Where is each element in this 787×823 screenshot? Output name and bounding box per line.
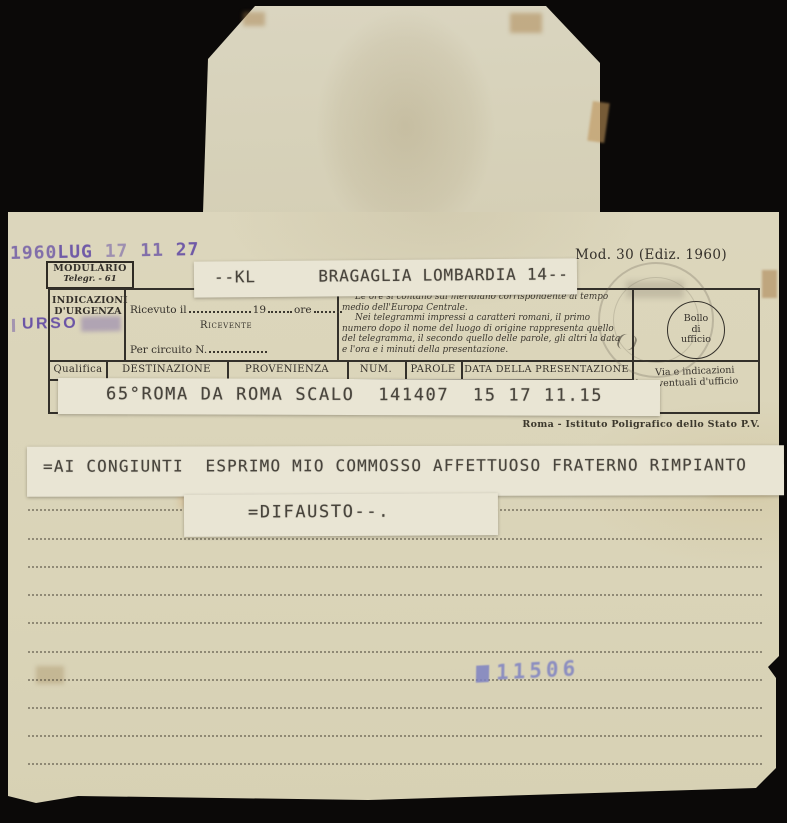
time-notice: Le ore si contano sul meridiano corrispo… — [342, 292, 626, 356]
urso-text: URSO — [22, 315, 79, 334]
received-row: Ricevuto il19ore — [130, 302, 344, 316]
office-seal-circle: Bollo di ufficio — [667, 301, 725, 359]
stamp-minute: 27 — [176, 239, 200, 260]
writing-line — [28, 707, 762, 709]
writing-line — [28, 594, 762, 596]
dotted-leader — [209, 342, 267, 353]
col-header-destinazione: DESTINAZIONE — [106, 362, 227, 379]
printer-imprint: Roma - Istituto Poligrafico dello Stato … — [430, 419, 760, 430]
writing-line — [28, 763, 762, 765]
routing-strip: --KL BRAGAGLIA LOMBARDIA 14-- — [194, 258, 577, 297]
bollo-line3: ufficio — [668, 335, 724, 346]
stamp-month: LUG — [57, 241, 93, 263]
stamp-hour: 11 — [140, 240, 164, 261]
received-label: Ricevuto il — [130, 304, 187, 316]
number-stamp-text: 11506 — [496, 656, 580, 684]
stamp-block-mark — [476, 665, 489, 683]
dotted-leader — [189, 302, 251, 313]
dotted-leader — [314, 302, 342, 313]
writing-line — [28, 679, 762, 681]
stamp-smudge — [81, 316, 121, 332]
circuit-row: Per circuito N. — [130, 342, 269, 356]
modulario-label: MODULÁRIO — [48, 264, 132, 274]
col-header-num: NUM. — [347, 362, 405, 379]
date-received-stamp: 1960LUG 17 11 27 — [10, 239, 200, 264]
hour-label: ore — [294, 304, 312, 316]
envelope-flap — [203, 6, 600, 213]
writing-line — [28, 735, 762, 737]
telegram-scan: 1960LUG 17 11 27 MODULÁRIO Telegr. - 61 … — [0, 0, 787, 823]
dotted-leader — [268, 302, 292, 313]
year-prefix: 19 — [253, 304, 266, 316]
form-model-label: Mod. 30 (Ediz. 1960) — [575, 247, 780, 263]
receiver-label: Ricevente — [200, 320, 252, 331]
writing-line — [28, 566, 762, 568]
modulario-number: Telegr. - 61 — [48, 274, 132, 284]
notice-paragraph-2: Nei telegrammi impressi a caratteri roma… — [342, 313, 626, 355]
via-line2: eventuali d'ufficio — [652, 375, 738, 389]
divider — [337, 290, 339, 360]
writing-line — [28, 622, 762, 624]
urso-stamp: URSO — [12, 314, 122, 334]
signature-strip: =DIFAUSTO--. — [184, 493, 498, 537]
urgency-line1: INDICAZIONI — [52, 295, 128, 306]
stamp-mark — [12, 318, 15, 331]
service-row-strip: 65°ROMA DA ROMA SCALO 141407 15 17 11.15 — [58, 378, 660, 416]
stamp-day: 17 — [104, 241, 128, 262]
writing-line — [28, 651, 762, 653]
col-header-data-presentazione: DATA DELLA PRESENTAZIONE — [461, 362, 632, 379]
circuit-label: Per circuito N. — [130, 344, 207, 356]
writing-line — [28, 538, 762, 540]
stamp-year: 1960 — [10, 242, 58, 264]
message-strip: =AI CONGIUNTI ESPRIMO MIO COMMOSSO AFFET… — [27, 445, 784, 497]
modulario-box: MODULÁRIO Telegr. - 61 — [46, 261, 134, 289]
col-header-qualifica: Qualifica — [50, 362, 106, 379]
col-header-parole: PAROLE — [405, 362, 461, 379]
col-header-provenienza: PROVENIENZA — [227, 362, 347, 379]
